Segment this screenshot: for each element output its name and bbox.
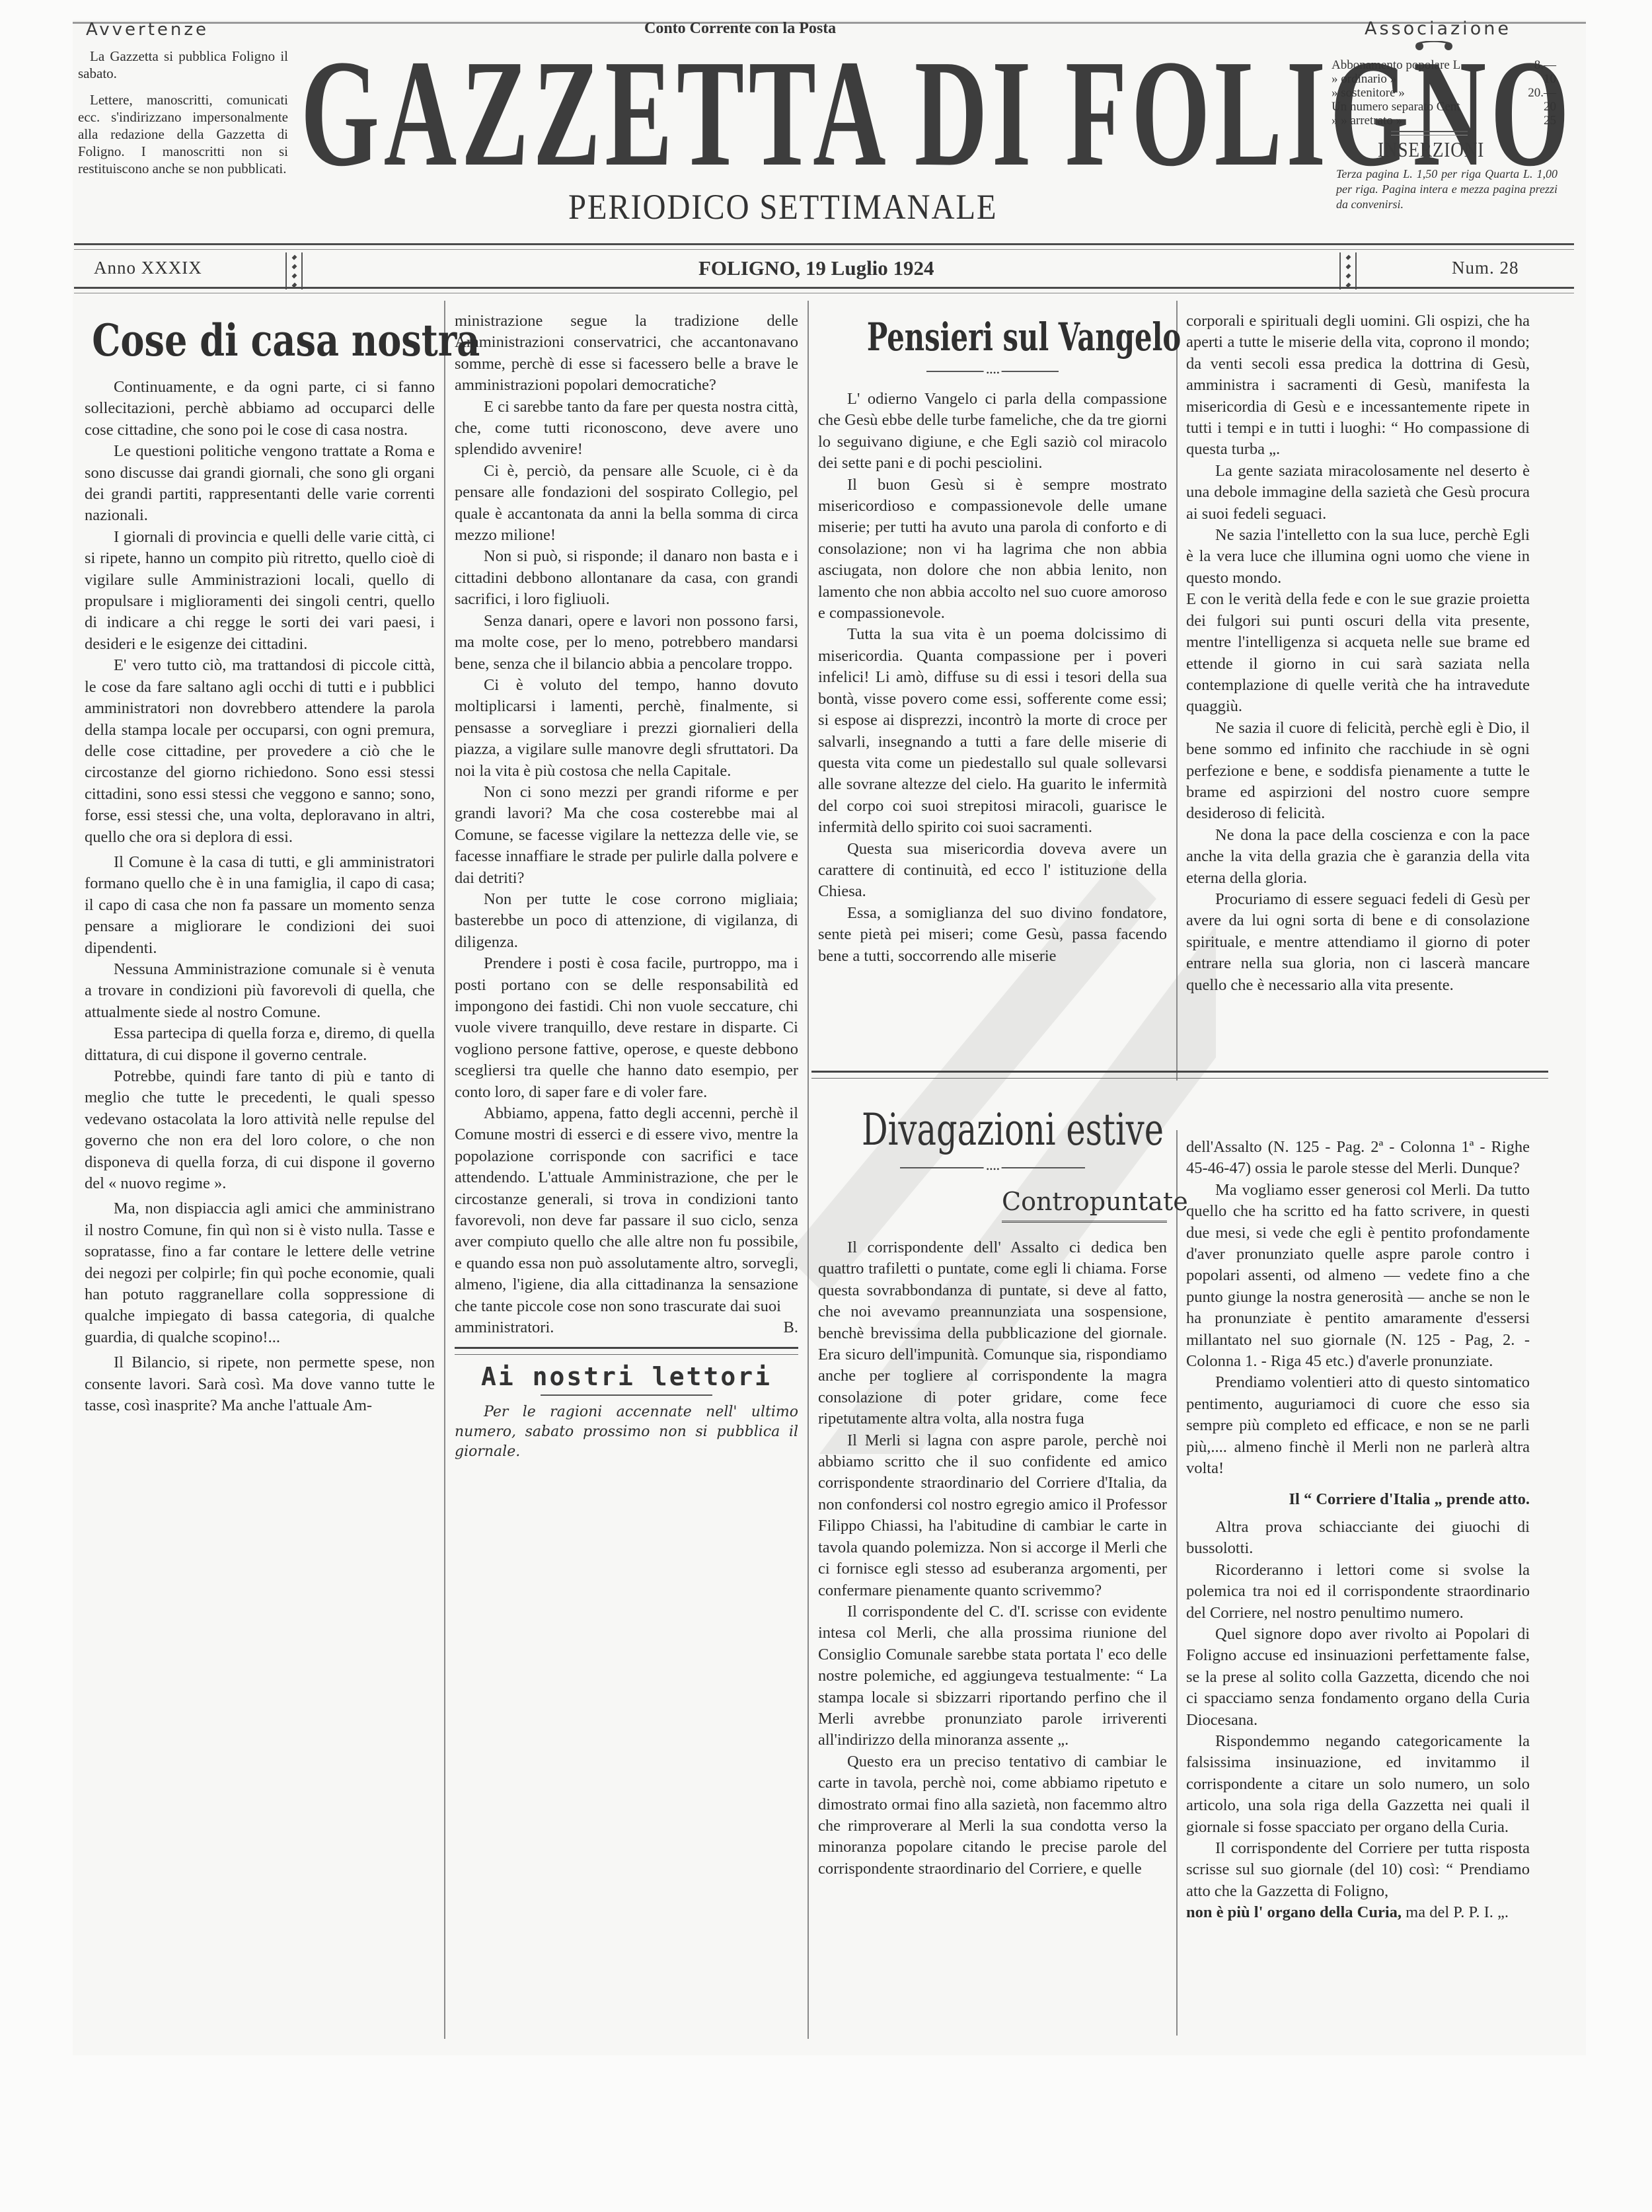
article-paragraph: E' vero tutto ciò, ma trattandosi di pic… — [85, 655, 435, 848]
date-bar: Anno XXXIX FOLIGNO, 19 Luglio 1924 Num. … — [74, 243, 1587, 295]
notice-headline: Ai nostri lettori — [455, 1360, 798, 1393]
article-paragraph: Prendere i posti è cosa facile, purtropp… — [455, 953, 798, 1103]
article-cose-di-casa-continued: ministrazione segue la tradizione delle … — [455, 311, 798, 1462]
rate-row: Abbonamento popolare L.8.— — [1332, 58, 1556, 72]
article-paragraph: dell'Assalto (N. 125 - Pag. 2ª - Colonna… — [1186, 1137, 1530, 1180]
article-paragraph: Questo era un preciso tentativo di cambi… — [818, 1751, 1167, 1880]
article-paragraph: Il corrispondente dell' Assalto ci dedic… — [818, 1237, 1167, 1430]
article-paragraph: I giornali di provincia e quelli delle v… — [85, 527, 435, 655]
section-divider — [455, 1347, 798, 1355]
inserzioni-title: INSERZIONI — [1378, 137, 1484, 162]
section-subheading: Il “ Corriere d'Italia „ prende atto. — [1186, 1489, 1530, 1510]
article-paragraph: Il Comune è la casa di tutti, e gli ammi… — [85, 852, 435, 959]
article-paragraph: E ci sarebbe tanto da fare per questa no… — [455, 397, 798, 461]
article-paragraph: Nessuna Amministrazione comunale si è ve… — [85, 959, 435, 1023]
article-paragraph: Essa, a somiglianza del suo divino fonda… — [818, 903, 1167, 967]
dateline: FOLIGNO, 19 Luglio 1924 — [698, 256, 934, 280]
column-divider — [444, 301, 445, 2039]
date-bar-top-rule — [74, 243, 1574, 250]
ornamental-rule — [900, 1165, 1085, 1170]
article-paragraph: Il corrispondente del Corriere per tutta… — [1186, 1838, 1530, 1902]
article-paragraph: Il Bilancio, si ripete, non permette spe… — [85, 1352, 435, 1416]
article-paragraph: Non si può, si risponde; il danaro non b… — [455, 546, 798, 610]
article-vangelo: Pensieri sul Vangelo L' odierno Vangelo … — [818, 311, 1167, 967]
avvertenze-paragraph: La Gazzetta si pubblica Foligno il sabat… — [78, 48, 288, 82]
newspaper-title: GAZZETTA DI FOLIGNO — [301, 54, 972, 173]
article-paragraph: Il Merli si lagna con aspre parole, perc… — [818, 1430, 1167, 1601]
article-paragraph: Senza danari, opere e lavori non possono… — [455, 611, 798, 675]
article-paragraph: Ci è voluto del tempo, hanno dovuto molt… — [455, 675, 798, 782]
associazione-title: Associazione — [1365, 19, 1511, 39]
article-subheadline: Contropuntate — [1002, 1185, 1167, 1223]
scroll-ornament-icon — [1414, 41, 1454, 52]
avvertenze-title: Avvertenze — [86, 20, 209, 40]
avvertenze-paragraph: Lettere, manoscritti, comunicati ecc. s'… — [78, 91, 288, 177]
headline-underline — [541, 1394, 712, 1396]
article-paragraph: Prendiamo volentieri atto di questo sint… — [1186, 1372, 1530, 1479]
article-paragraph: Il corrispondente del C. d'I. scrisse co… — [818, 1601, 1167, 1751]
article-paragraph: corporali e spirituali degli uomini. Gli… — [1186, 311, 1530, 461]
author-signature: B. — [784, 1317, 798, 1338]
column-divider — [1176, 301, 1178, 1081]
article-paragraph: Continuamente, e da ogni parte, ci si fa… — [85, 377, 435, 441]
article-paragraph: Quel signore dopo aver rivolto ai Popola… — [1186, 1624, 1530, 1731]
article-vangelo-continued: corporali e spirituali degli uomini. Gli… — [1186, 311, 1530, 996]
article-headline: Divagazioni estive — [862, 1100, 1123, 1160]
article-paragraph: Rispondemmo negando categoricamente la f… — [1186, 1731, 1530, 1838]
article-divagazioni: Divagazioni estive Contropuntate Il corr… — [818, 1100, 1167, 1880]
article-paragraph: Non per tutte le cose corrono migliaia; … — [455, 889, 798, 953]
article-paragraph: La gente saziata miracolosamente nel des… — [1186, 461, 1530, 525]
column-divider — [807, 301, 809, 2039]
article-signature-line: amministratori. B. — [455, 1317, 798, 1338]
article-headline: Pensieri sul Vangelo — [867, 311, 1118, 363]
article-paragraph: Ma, non dispiaccia agli amici che ammini… — [85, 1198, 435, 1348]
rate-row: Un numero separato Cent20 — [1332, 100, 1556, 114]
article-paragraph: Ma vogliamo esser generosi col Merli. Da… — [1186, 1180, 1530, 1373]
article-cose-di-casa: Cose di casa nostra Continuamente, e da … — [85, 311, 435, 1417]
article-paragraph: E con le verità della fede e con le sue … — [1186, 589, 1530, 717]
article-paragraph: Ne sazia l'intelletto con la sua luce, p… — [1186, 525, 1530, 589]
article-paragraph: Ricorderanno i lettori come si svolse la… — [1186, 1560, 1530, 1624]
rate-row: » » arretrato »25 — [1332, 114, 1556, 128]
article-paragraph: Non ci sono mezzi per grandi riforme e p… — [455, 782, 798, 889]
article-paragraph: Ne sazia il cuore di felicità, perchè eg… — [1186, 718, 1530, 825]
article-paragraph: Tutta la sua vita è un poema dolcissimo … — [818, 624, 1167, 838]
issue-number: Num. 28 — [1452, 258, 1519, 278]
article-paragraph: L' odierno Vangelo ci parla della compas… — [818, 389, 1167, 475]
avvertenze-box: La Gazzetta si pubblica Foligno il sabat… — [78, 48, 288, 186]
newspaper-page: Avvertenze La Gazzetta si pubblica Folig… — [0, 0, 1652, 2212]
article-paragraph: Essa partecipa di quella forza e, diremo… — [85, 1023, 435, 1066]
article-paragraph: Procuriamo di essere seguaci fedeli di G… — [1186, 889, 1530, 996]
ornamental-rule — [926, 369, 1059, 374]
article-divagazioni-continued: dell'Assalto (N. 125 - Pag. 2ª - Colonna… — [1186, 1137, 1530, 1924]
article-paragraph: Ne dona la pace della coscienza e con la… — [1186, 825, 1530, 889]
article-paragraph: Le questioni politiche vengono trattate … — [85, 441, 435, 527]
article-closing: non è più l' organo della Curia, ma del … — [1186, 1902, 1530, 1923]
diamond-dingbat-icon — [1339, 252, 1357, 289]
article-paragraph: Il buon Gesù si è sempre mostrato miseri… — [818, 475, 1167, 625]
article-paragraph: Questa sua misericordia doveva avere un … — [818, 839, 1167, 903]
diamond-dingbat-icon — [285, 252, 303, 289]
article-paragraph: Ci è, perciò, da pensare alle Scuole, ci… — [455, 461, 798, 547]
rate-row: » ordinario »10 — [1332, 72, 1556, 86]
rate-row: » sostenitore »20.— — [1332, 86, 1556, 100]
section-divider — [811, 1071, 1548, 1079]
rates-divider — [1391, 131, 1468, 135]
column-divider — [1176, 1130, 1178, 2036]
notice-text: Per le ragioni accennate nell' ultimo nu… — [455, 1402, 798, 1462]
article-headline: Cose di casa nostra — [92, 311, 400, 370]
date-bar-bottom-rule — [74, 287, 1574, 293]
article-paragraph: Potrebbe, quindi fare tanto di più e tan… — [85, 1066, 435, 1194]
subscription-rates: Abbonamento popolare L.8.— » ordinario »… — [1332, 58, 1556, 128]
anno-label: Anno XXXIX — [94, 258, 202, 278]
newspaper-subtitle: PERIODICO SETTIMANALE — [568, 186, 997, 227]
article-paragraph: Altra prova schiacciante dei giuochi di … — [1186, 1517, 1530, 1560]
bold-quote: non è più l' organo della Curia, — [1186, 1903, 1402, 1921]
article-paragraph: ministrazione segue la tradizione delle … — [455, 311, 798, 397]
inserzioni-text: Terza pagina L. 1,50 per riga Quarta L. … — [1336, 167, 1558, 212]
article-paragraph: Abbiamo, appena, fatto degli accenni, pe… — [455, 1103, 798, 1317]
